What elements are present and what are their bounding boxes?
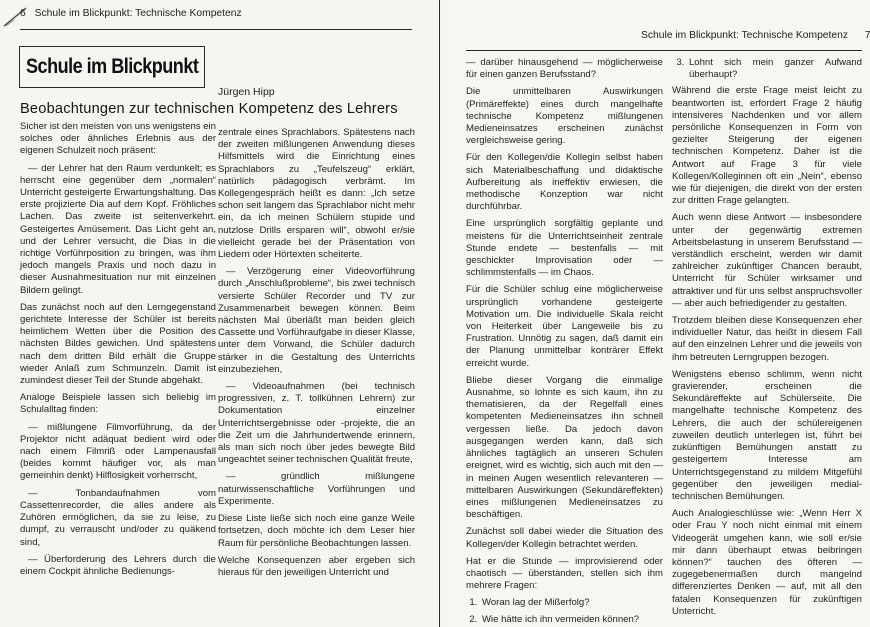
- paragraph: Für die Schüler schlug eine möglicherwei…: [466, 284, 663, 369]
- paragraph: Zunächst soll dabei wieder die Situation…: [466, 526, 663, 550]
- question-item: Wie hätte ich ihn vermeiden können?: [480, 614, 663, 626]
- list-item: — gründlich mißlungene naturwissenschaft…: [218, 471, 415, 508]
- section-title-box: Schule im Blickpunkt: [19, 46, 205, 88]
- paragraph: Die unmittelbaren Auswirkungen (Primäref…: [466, 86, 663, 147]
- paragraph: — darüber hinausgehend — möglicherweise …: [466, 57, 663, 81]
- author-name: Jürgen Hipp: [218, 86, 275, 98]
- list-item: — Tonbandaufnahmen vom Cassettenrecorder…: [20, 488, 216, 549]
- paragraph: Auch wenn diese Antwort — insbesondere u…: [672, 212, 862, 310]
- paragraph: Eine ursprünglich sorgfältig geplante un…: [466, 218, 663, 279]
- question-item: Woran lag der Mißerfolg?: [480, 597, 663, 609]
- running-head-left: 6 Schule im Blickpunkt: Technische Kompe…: [20, 8, 242, 19]
- header-rule-right: [466, 50, 862, 51]
- paragraph: Während die erste Frage meist leicht zu …: [672, 85, 862, 207]
- running-head-right-text: Schule im Blickpunkt: Technische Kompete…: [641, 30, 848, 41]
- section-title: Schule im Blickpunkt: [26, 55, 198, 79]
- page-number-right: 7: [865, 30, 870, 41]
- question-list-continued: Lohnt sich mein ganzer Aufwand überhaupt…: [672, 57, 862, 81]
- paragraph: Sicher ist den meisten von uns wenigsten…: [20, 121, 216, 158]
- paragraph: Trotzdem bleiben diese Konsequenzen eher…: [672, 315, 862, 364]
- paragraph: Diese Liste ließe sich noch eine ganze W…: [218, 513, 415, 550]
- column-4: Lohnt sich mein ganzer Aufwand überhaupt…: [672, 57, 862, 623]
- paragraph: Für den Kollegen/die Kollegin selbst hab…: [466, 152, 663, 213]
- page-number-left: 6: [20, 8, 26, 19]
- paragraph: Analoge Beispiele lassen sich beliebig i…: [20, 392, 216, 416]
- paragraph: Welche Konsequenzen aber ergeben sich hi…: [218, 555, 415, 579]
- paragraph: zentrale eines Sprachlabors. Spätestens …: [218, 127, 415, 261]
- list-item: — mißlungene Filmvorführung, da der Proj…: [20, 422, 216, 483]
- paragraph: Auch Analogieschlüsse wie: „Wenn Herr X …: [672, 508, 862, 618]
- paragraph: Hat er die Stunde — improvisierend oder …: [466, 556, 663, 593]
- header-rule-left: [20, 29, 412, 30]
- question-item: Lohnt sich mein ganzer Aufwand überhaupt…: [687, 57, 862, 81]
- list-item: — Videoaufnahmen (bei technisch progress…: [218, 381, 415, 466]
- page-spine-divider: [439, 0, 440, 627]
- question-list: Woran lag der Mißerfolg? Wie hätte ich i…: [466, 597, 663, 625]
- running-head-right: Schule im Blickpunkt: Technische Kompete…: [641, 30, 870, 41]
- running-head-left-text: Schule im Blickpunkt: Technische Kompete…: [35, 8, 242, 19]
- paragraph: Wenigstens ebenso schlimm, wenn nicht gr…: [672, 369, 862, 503]
- paragraph: Bliebe dieser Vorgang die einmalige Ausn…: [466, 375, 663, 521]
- paragraph: — der Lehrer hat den Raum verdunkelt; es…: [20, 163, 216, 297]
- column-3: — darüber hinausgehend — möglicherweise …: [466, 57, 663, 627]
- paragraph: Das zunächst noch auf den Lerngegenstand…: [20, 302, 216, 387]
- column-1: Sicher ist den meisten von uns wenigsten…: [20, 121, 216, 583]
- column-2: zentrale eines Sprachlabors. Spätestens …: [218, 127, 415, 584]
- list-item: — Überforderung des Lehrers durch die ei…: [20, 554, 216, 578]
- article-headline: Beobachtungen zur technischen Kompetenz …: [20, 101, 398, 117]
- list-item: — Verzögerung einer Videovorführung durc…: [218, 266, 415, 376]
